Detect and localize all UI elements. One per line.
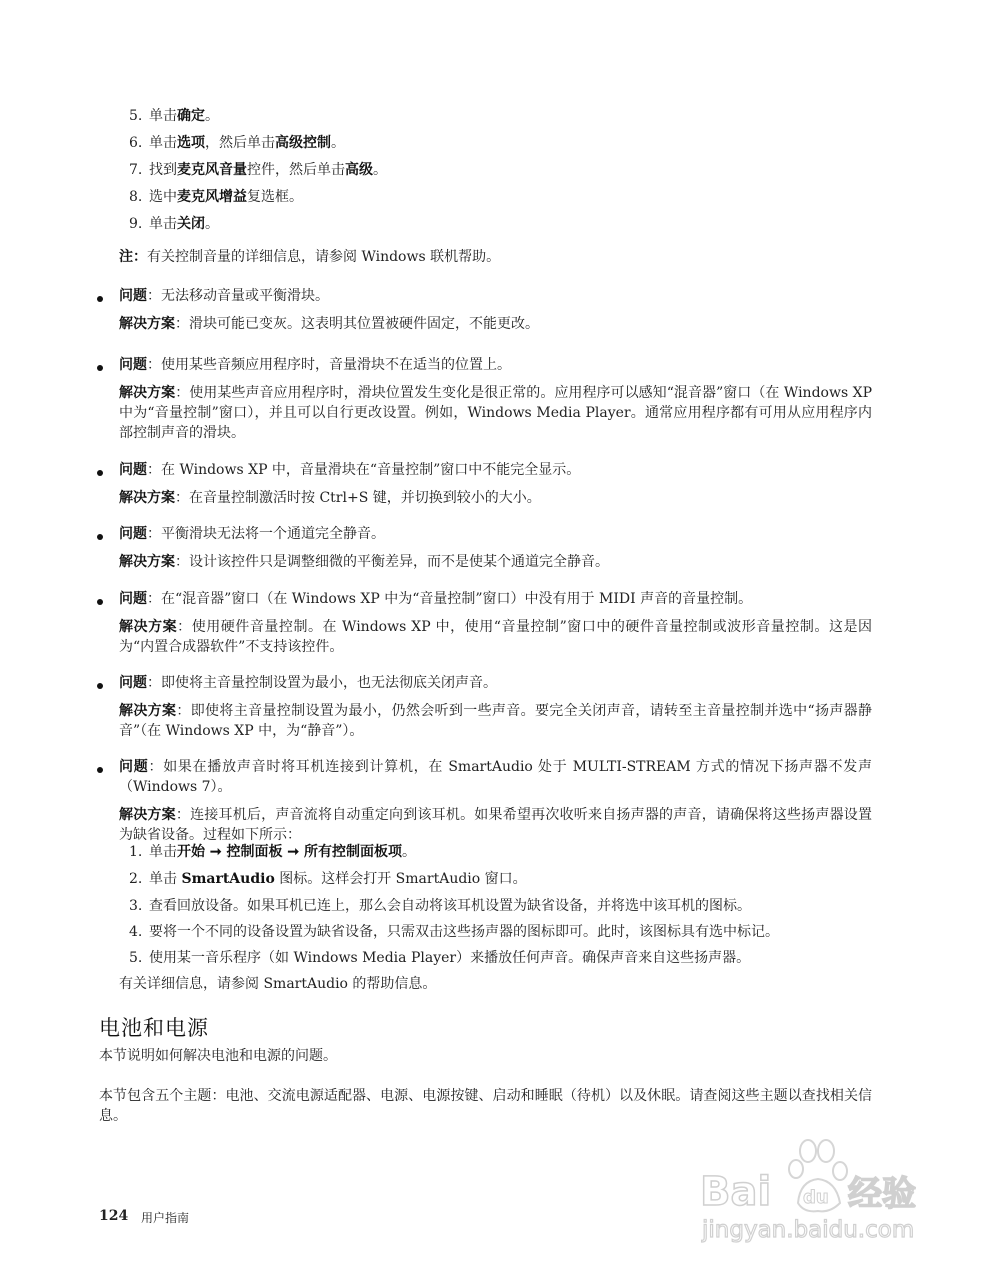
step-item: 5.单击确定。 [129, 106, 219, 126]
issue-solution: 解决方案：连接耳机后，声音流将自动重定向到该耳机。如果希望再次收听来自扬声器的声… [119, 805, 872, 845]
step-item: 7.找到麦克风音量控件，然后单击高级。 [129, 160, 387, 180]
svg-text:Bai: Bai [700, 1169, 771, 1215]
issue-solution: 解决方案：滑块可能已变灰。这表明其位置被硬件固定，不能更改。 [119, 314, 872, 334]
page-number: 124 [99, 1208, 128, 1224]
bullet-icon [97, 365, 103, 371]
note-label: 注： [119, 249, 147, 265]
bullet-icon [97, 470, 103, 476]
section-intro: 本节说明如何解决电池和电源的问题。 [99, 1046, 872, 1066]
issue-solution: 解决方案：使用硬件音量控制。在 Windows XP 中，使用“音量控制”窗口中… [119, 617, 872, 657]
svg-text:jingyan.baidu.com: jingyan.baidu.com [701, 1217, 914, 1243]
baidu-watermark: Bai du 经验 jingyan.baidu.com [700, 1133, 930, 1243]
section-topics: 本节包含五个主题：电池、交流电源适配器、电源、电源按键、启动和睡眠（待机）以及休… [99, 1086, 872, 1126]
step-item: 4.要将一个不同的设备设置为缺省设备，只需双击这些扬声器的图标即可。此时，该图标… [129, 922, 779, 942]
note-text: 有关控制音量的详细信息，请参阅 Windows 联机帮助。 [147, 249, 500, 265]
bullet-icon [97, 683, 103, 689]
issue-problem: 问题：在 Windows XP 中，音量滑块在“音量控制”窗口中不能完全显示。 [119, 460, 872, 480]
step-item: 9.单击关闭。 [129, 214, 219, 234]
bullet-icon [97, 296, 103, 302]
step-item: 5.使用某一音乐程序（如 Windows Media Player）来播放任何声… [129, 948, 750, 968]
step-item: 1.单击开始 ➞ 控制面板 ➞ 所有控制面板项。 [129, 842, 416, 862]
bullet-icon [97, 599, 103, 605]
step-item: 3.查看回放设备。如果耳机已连上，那么会自动将该耳机设置为缺省设备，并将选中该耳… [129, 896, 751, 916]
issue-solution: 解决方案：使用某些声音应用程序时，滑块位置发生变化是很正常的。应用程序可以感知“… [119, 383, 872, 443]
issue-problem: 问题：平衡滑块无法将一个通道完全静音。 [119, 524, 872, 544]
svg-text:经验: 经验 [848, 1174, 916, 1214]
bullet-icon [97, 767, 103, 773]
issue-solution: 解决方案：即使将主音量控制设置为最小，仍然会听到一些声音。要完全关闭声音，请转至… [119, 701, 872, 741]
bullet-icon [97, 534, 103, 540]
step-item: 6.单击选项，然后单击高级控制。 [129, 133, 345, 153]
footer-title: 用户指南 [141, 1209, 189, 1226]
issue-solution: 解决方案：在音量控制激活时按 Ctrl+S 键，并切换到较小的大小。 [119, 488, 872, 508]
svg-text:du: du [803, 1187, 829, 1208]
section-heading: 电池和电源 [99, 1012, 209, 1042]
baidu-paw-icon: Bai du 经验 jingyan.baidu.com [700, 1133, 930, 1243]
issue-problem: 问题：如果在播放声音时将耳机连接到计算机，在 SmartAudio 处于 MUL… [119, 757, 872, 797]
issue-solution: 解决方案：设计该控件只是调整细微的平衡差异，而不是使某个通道完全静音。 [119, 552, 872, 572]
issue-problem: 问题：无法移动音量或平衡滑块。 [119, 286, 872, 306]
step-item: 8.选中麦克风增益复选框。 [129, 187, 303, 207]
note: 注：有关控制音量的详细信息，请参阅 Windows 联机帮助。 [119, 247, 500, 267]
more-info-text: 有关详细信息，请参阅 SmartAudio 的帮助信息。 [119, 974, 436, 994]
step-item: 2.单击 SmartAudio 图标。这样会打开 SmartAudio 窗口。 [129, 869, 527, 889]
issue-problem: 问题：在“混音器”窗口（在 Windows XP 中为“音量控制”窗口）中没有用… [119, 589, 872, 609]
issue-problem: 问题：使用某些音频应用程序时，音量滑块不在适当的位置上。 [119, 355, 872, 375]
issue-problem: 问题：即使将主音量控制设置为最小，也无法彻底关闭声音。 [119, 673, 872, 693]
